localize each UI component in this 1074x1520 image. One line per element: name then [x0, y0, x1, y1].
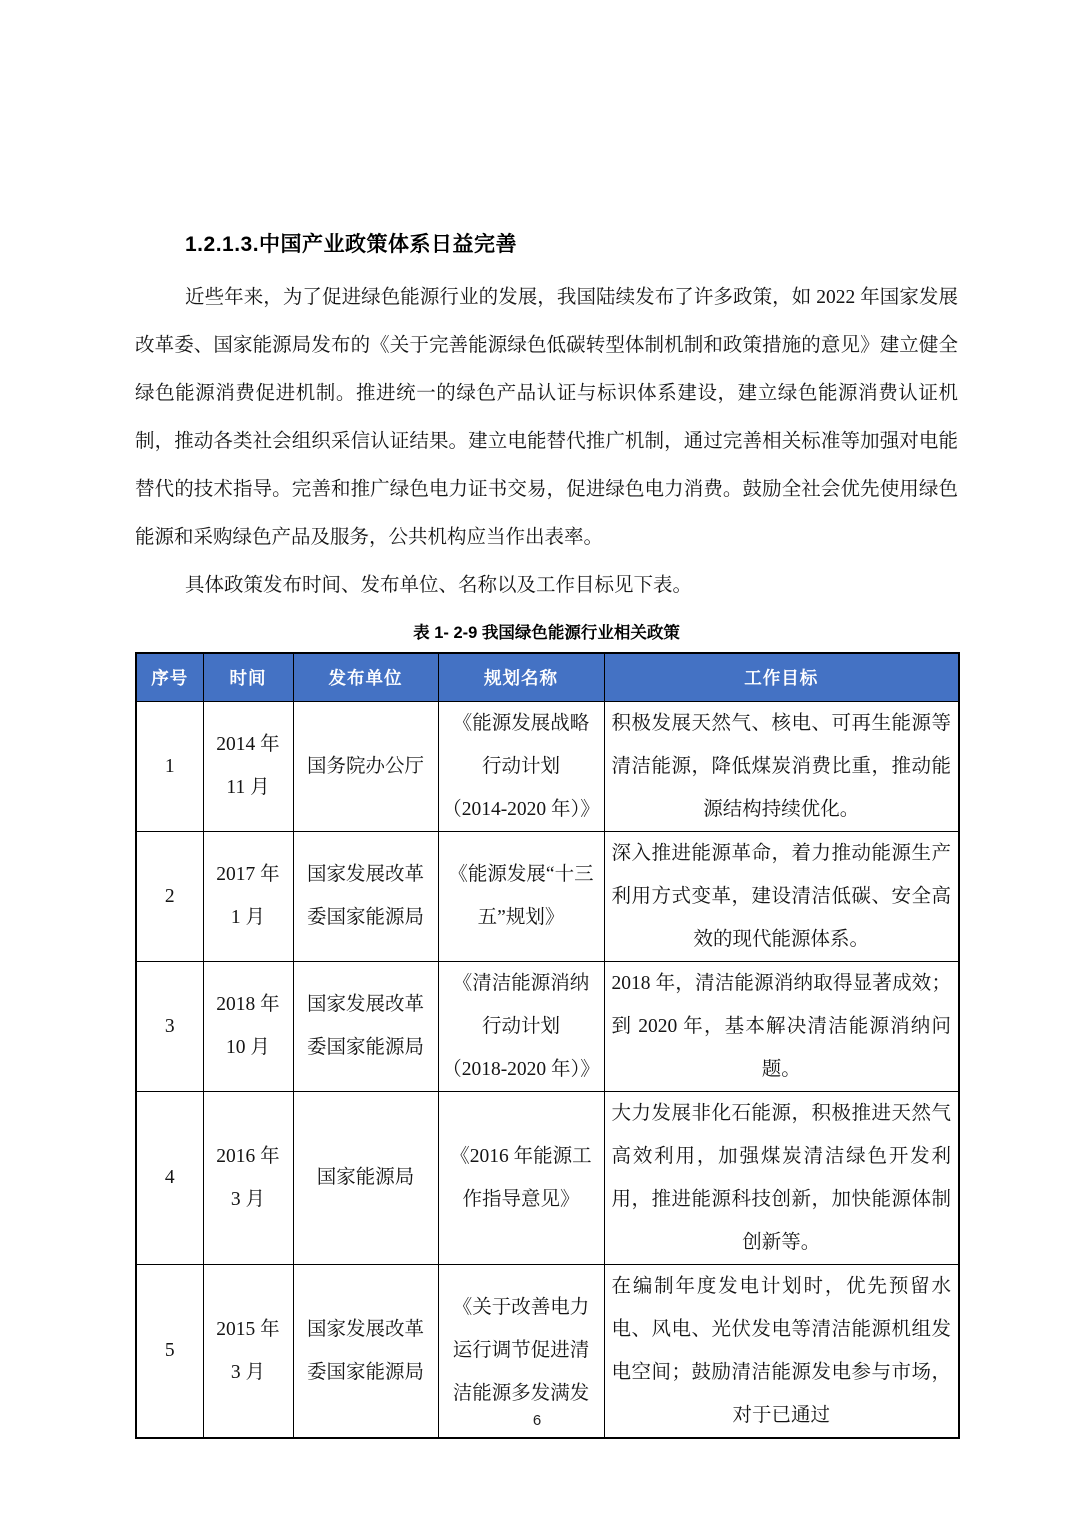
cell-goal: 大力发展非化石能源，积极推进天然气高效利用，加强煤炭清洁绿色开发利用，推进能源科… — [604, 1091, 959, 1264]
cell-no: 4 — [136, 1091, 203, 1264]
header-cell-time: 时间 — [203, 653, 293, 701]
cell-no: 2 — [136, 831, 203, 961]
cell-time: 2018 年 10 月 — [203, 961, 293, 1091]
cell-plan: 《能源发展战略 行动计划 （2014-2020 年）》 — [438, 701, 604, 831]
cell-org: 国家发展改革 委国家能源局 — [293, 961, 438, 1091]
table-header-row: 序号 时间 发布单位 规划名称 工作目标 — [136, 653, 959, 701]
table-row: 1 2014 年 11 月 国务院办公厅 《能源发展战略 行动计划 （2014-… — [136, 701, 959, 831]
cell-goal: 2018 年，清洁能源消纳取得显著成效；到 2020 年，基本解决清洁能源消纳问… — [604, 961, 959, 1091]
section-heading: 1.2.1.3.中国产业政策体系日益完善 — [135, 230, 958, 260]
header-cell-goal: 工作目标 — [604, 653, 959, 701]
cell-plan: 《能源发展“十三 五”规划》 — [438, 831, 604, 961]
policy-table: 序号 时间 发布单位 规划名称 工作目标 1 2014 年 11 月 国务院办公… — [135, 652, 960, 1439]
cell-org: 国家发展改革 委国家能源局 — [293, 831, 438, 961]
body-paragraph-1: 近些年来，为了促进绿色能源行业的发展，我国陆续发布了许多政策，如 2022 年国… — [135, 274, 958, 562]
document-page: 1.2.1.3.中国产业政策体系日益完善 近些年来，为了促进绿色能源行业的发展，… — [135, 230, 958, 1439]
header-cell-plan: 规划名称 — [438, 653, 604, 701]
cell-goal: 深入推进能源革命，着力推动能源生产利用方式变革，建设清洁低碳、安全高效的现代能源… — [604, 831, 959, 961]
header-cell-org: 发布单位 — [293, 653, 438, 701]
cell-no: 3 — [136, 961, 203, 1091]
cell-time: 2016 年 3 月 — [203, 1091, 293, 1264]
page-number: 6 — [0, 1412, 1074, 1429]
header-cell-no: 序号 — [136, 653, 203, 701]
table-row: 3 2018 年 10 月 国家发展改革 委国家能源局 《清洁能源消纳 行动计划… — [136, 961, 959, 1091]
cell-plan: 《清洁能源消纳 行动计划 （2018-2020 年）》 — [438, 961, 604, 1091]
cell-no: 1 — [136, 701, 203, 831]
table-row: 4 2016 年 3 月 国家能源局 《2016 年能源工 作指导意见》 大力发… — [136, 1091, 959, 1264]
cell-org: 国家能源局 — [293, 1091, 438, 1264]
cell-time: 2017 年 1 月 — [203, 831, 293, 961]
cell-plan: 《2016 年能源工 作指导意见》 — [438, 1091, 604, 1264]
cell-goal: 积极发展天然气、核电、可再生能源等清洁能源，降低煤炭消费比重，推动能源结构持续优… — [604, 701, 959, 831]
table-caption: 表 1- 2-9 我国绿色能源行业相关政策 — [135, 620, 958, 646]
cell-org: 国务院办公厅 — [293, 701, 438, 831]
table-row: 2 2017 年 1 月 国家发展改革 委国家能源局 《能源发展“十三 五”规划… — [136, 831, 959, 961]
cell-time: 2014 年 11 月 — [203, 701, 293, 831]
body-paragraph-2: 具体政策发布时间、发布单位、名称以及工作目标见下表。 — [135, 562, 958, 610]
